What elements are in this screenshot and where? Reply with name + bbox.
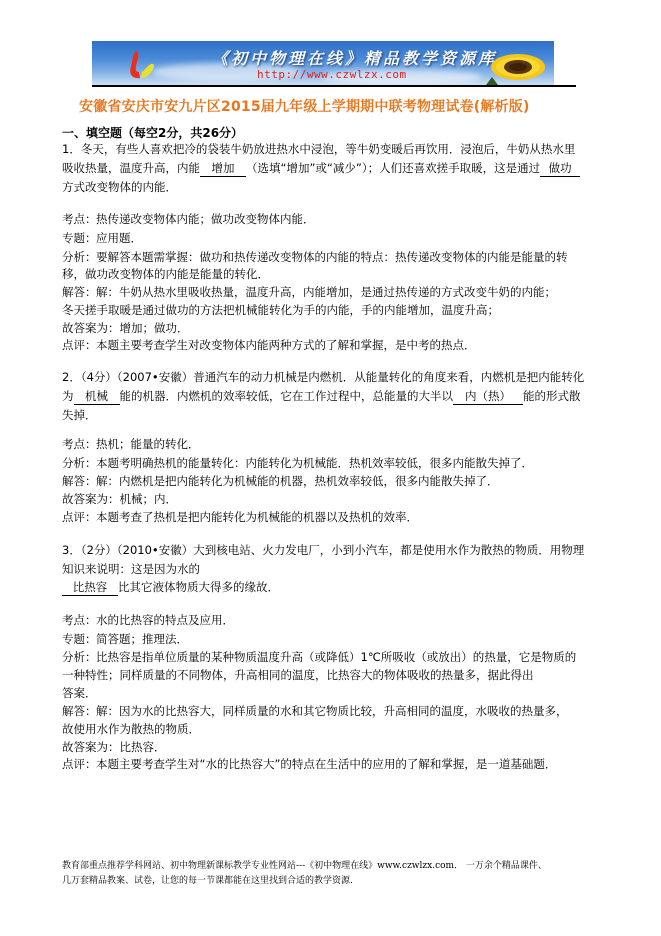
analysis-jieda-cont: 冬天搓手取暖是通过做功的方法把机械能转化为手的内能，手的内能增加，温度升高； bbox=[62, 301, 499, 320]
analysis-zhuanti: 专题：应用题． bbox=[62, 229, 142, 248]
answer-blank: 机械 bbox=[74, 389, 120, 405]
question-2-line-1: 2．（4分）（2007•安徽）普通汽车的动力机械是内燃机．从能量转化的角度来看，… bbox=[62, 368, 584, 387]
analysis-jieda-cont: 故使用水作为散热的物质． bbox=[62, 720, 200, 739]
section-heading: 一、填空题（每空2分，共26分） bbox=[62, 124, 243, 141]
question-2-line-3: 失掉． bbox=[62, 406, 97, 425]
footer-line-1: 教育部重点推荐学科网站、初中物理新课标教学专业性网站---《初中物理在线》www… bbox=[62, 859, 547, 874]
analysis-fenxi-cont: 答案． bbox=[62, 684, 97, 703]
answer-blank: 增加 bbox=[200, 161, 246, 177]
question-number: 1． bbox=[62, 142, 81, 156]
question-number: 3． bbox=[62, 543, 81, 557]
question-3-line-1: 3．（2分）（2010•安徽）大到核电站、火力发电厂，小到小汽车，都是使用水作为… bbox=[62, 541, 584, 560]
question-3-line-2: 知识来说明：这是因为水的 bbox=[62, 560, 200, 579]
question-1-line-3: 方式改变物体的内能． bbox=[62, 178, 177, 197]
analysis-fenxi-cont: 一种特性；同样质量的不同物体，升高相同的温度，比热容大的物体吸收的热量多，据此得… bbox=[62, 666, 534, 685]
question-1-line-1: 1．冬天，有些人喜欢把冷的袋装牛奶放进热水中浸泡，等牛奶变暖后再饮用．浸泡后，牛… bbox=[62, 140, 575, 159]
page-footer: 教育部重点推荐学科网站、初中物理新课标教学专业性网站---《初中物理在线》www… bbox=[62, 859, 547, 889]
analysis-kaodian: 考点：水的比热容的特点及应用． bbox=[62, 611, 234, 630]
answer-blank: 内（热） bbox=[453, 389, 523, 405]
answer-blank: 比热容 bbox=[62, 580, 118, 596]
analysis-jieda-answer: 故答案为：机械；内． bbox=[62, 490, 177, 509]
answer-blank: 做功 bbox=[540, 161, 580, 177]
analysis-dianping: 点评：本题主要考查学生对改变物体内能两种方式的了解和掌握，是中考的热点． bbox=[62, 336, 476, 355]
banner-title: 《初中物理在线》精品教学资源库 bbox=[212, 46, 497, 69]
lv-logo-icon bbox=[126, 48, 160, 82]
footer-line-2: 几万套精品教案、试卷，让您的每一节课都能在这里找到合适的教学资源． bbox=[62, 874, 547, 889]
sunflower-icon bbox=[486, 47, 548, 85]
analysis-fenxi: 分析：本题考明确热机的能量转化：内能转化为机械能．热机效率较低，很多内能散失掉了… bbox=[62, 454, 533, 473]
banner-url: http://www.czwlzx.com bbox=[257, 68, 407, 81]
analysis-zhuanti: 专题：简答题；推理法． bbox=[62, 630, 188, 649]
analysis-jieda: 解答：解：内燃机是把内能转化为机械能的机器，热机效率较低，很多内能散失掉了． bbox=[62, 472, 499, 491]
question-2-line-2: 为机械能的机器．内燃机的效率较低，它在工作过程中，总能量的大半以内（热）能的形式… bbox=[62, 387, 581, 406]
analysis-fenxi: 分析：比热容是指单位质量的某种物质温度升高（或降低）1℃所吸收（或放出）的热量，… bbox=[62, 648, 576, 667]
analysis-kaodian: 考点：热机；能量的转化． bbox=[62, 435, 200, 454]
document-title: 安徽省安庆市安九片区2015届九年级上学期期中联考物理试卷(解析版) bbox=[79, 96, 530, 116]
question-1-line-2: 吸收热量，温度升高，内能增加（选填“增加”或“减少”）；人们还喜欢搓手取暖，这是… bbox=[62, 159, 580, 178]
analysis-dianping: 点评：本题考查了热机是把内能转化为机械能的机器以及热机的效率． bbox=[62, 508, 418, 527]
analysis-kaodian: 考点：热传递改变物体内能；做功改变物体内能． bbox=[62, 210, 315, 229]
analysis-dianping: 点评：本题主要考查学生对“水的比热容大”的特点在生活中的应用的了解和掌握，是一道… bbox=[62, 755, 556, 774]
analysis-jieda: 解答：解：牛奶从热水里吸收热量，温度升高，内能增加，是通过热传递的方式改变牛奶的… bbox=[62, 283, 556, 302]
banner-divider bbox=[92, 85, 576, 87]
analysis-jieda: 解答：解：因为水的比热容大，同样质量的水和其它物质比较，升高相同的温度，水吸收的… bbox=[62, 702, 568, 721]
analysis-fenxi-cont: 移，做功改变物体的内能是能量的转化． bbox=[62, 265, 269, 284]
question-number: 2． bbox=[62, 370, 81, 384]
question-3-line-3: 比热容比其它液体物质大得多的缘故． bbox=[62, 578, 279, 597]
header-banner: 《初中物理在线》精品教学资源库 http://www.czwlzx.com bbox=[92, 41, 554, 85]
